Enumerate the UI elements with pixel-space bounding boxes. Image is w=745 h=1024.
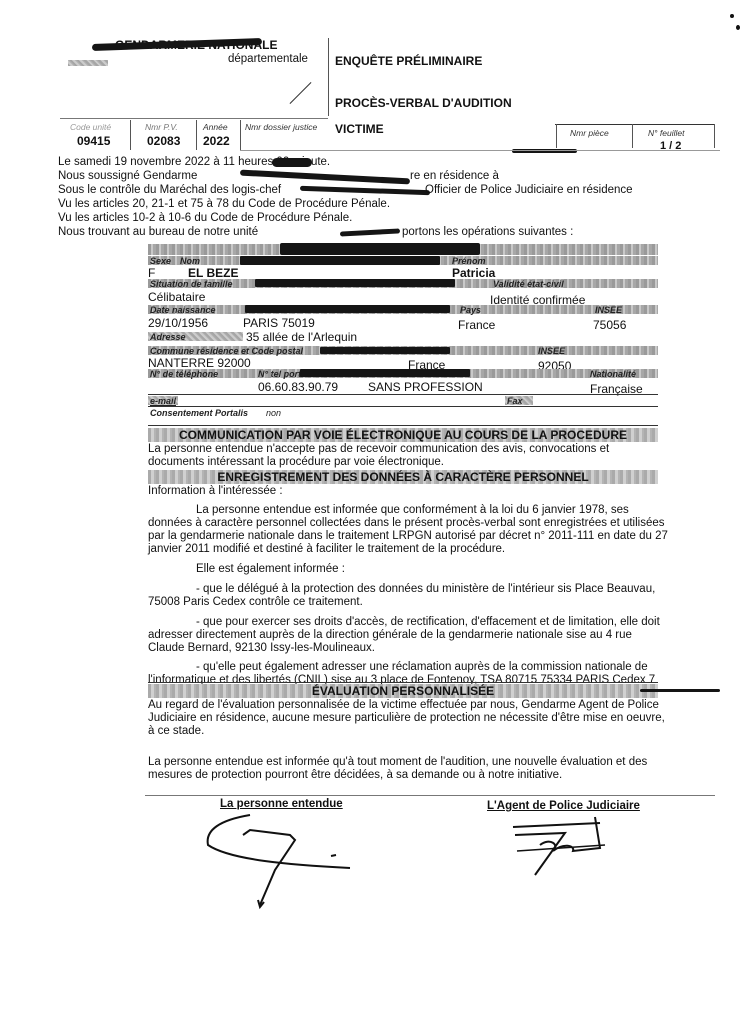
redaction: [245, 305, 450, 313]
communication-text: La personne entendue n'accepte pas de re…: [148, 443, 668, 469]
fax-label: Fax: [507, 396, 523, 406]
insee-value: 75056: [593, 318, 626, 332]
naissance-value: 29/10/1956: [148, 316, 208, 330]
role: VICTIME: [335, 122, 384, 136]
pv-number-label: Nmr P.V.: [145, 122, 178, 132]
redaction: [272, 158, 312, 167]
scan-speck: [736, 25, 740, 30]
pays-value: France: [458, 318, 495, 332]
header-bottom-border: [240, 150, 720, 151]
nationalite-label: Nationalité: [590, 369, 636, 379]
cell-divider: [556, 124, 557, 148]
header-divider: [328, 38, 329, 116]
redaction: [280, 243, 480, 255]
adresse-label: Adresse: [150, 332, 186, 342]
document-type: PROCÈS-VERBAL D'AUDITION: [335, 96, 512, 110]
row-divider: [148, 394, 658, 395]
commune-value: PARIS 75019: [243, 316, 315, 330]
info-label: Information à l'intéressée :: [148, 485, 668, 498]
piece-top-border: [555, 124, 715, 125]
evaluation-paragraph-1: Au regard de l'évaluation personnalisée …: [148, 699, 668, 738]
email-label: e-mail: [150, 396, 176, 406]
insee-label: INSEE: [595, 305, 622, 315]
adresse-value: 35 allée de l'Arlequin: [246, 330, 357, 344]
redaction: [300, 186, 430, 196]
data-protection-paragraph-1: La personne entendue est informée que co…: [148, 504, 668, 556]
unit-code: 09415: [77, 134, 110, 148]
redaction: [255, 279, 455, 287]
year-label: Année: [203, 122, 228, 132]
naissance-label: Date naissance: [150, 305, 216, 315]
situation-label: Situation de famille: [150, 279, 233, 289]
intro-gendarme-line: Nous soussigné Gendarme: [58, 170, 197, 183]
pays-label: Pays: [460, 305, 481, 315]
procedure-type: ENQUÊTE PRÉLIMINAIRE: [335, 54, 482, 68]
data-protection-paragraph-4: - que pour exercer ses droits d'accès, d…: [148, 616, 668, 655]
nom-label: Nom: [180, 256, 200, 266]
prenom-value: Patricia: [452, 266, 495, 280]
communication-section-title: COMMUNICATION PAR VOIE ÉLECTRONIQUE AU C…: [148, 428, 658, 442]
scan-noise: [68, 60, 108, 66]
mobile-value: 06.60.83.90.79: [258, 380, 338, 394]
scan-speck: [730, 14, 734, 18]
profession-value: SANS PROFESSION: [368, 380, 483, 394]
prenom-label: Prénom: [452, 256, 486, 266]
residence-insee-label: INSEE: [538, 346, 565, 356]
evaluation-section-title: ÉVALUATION PERSONNALISÉE: [148, 684, 658, 698]
pen-mark: [290, 82, 312, 104]
intro-office-line: Nous trouvant au bureau de notre unité: [58, 226, 258, 239]
redaction: [300, 369, 470, 377]
redaction: [340, 228, 400, 236]
unit-code-label: Code unité: [70, 122, 111, 132]
situation-value: Célibataire: [148, 290, 205, 304]
evaluation-paragraph-2: La personne entendue est informée qu'à t…: [148, 756, 668, 782]
sexe-label: Sexe: [150, 256, 171, 266]
residence-value: NANTERRE 92000: [148, 356, 251, 370]
unit-type: départementale: [228, 53, 308, 65]
portalis-value: non: [266, 408, 281, 418]
cell-divider: [130, 120, 131, 150]
section-divider: [148, 682, 658, 683]
intro-control-line: Sous le contrôle du Maréchal des logis-c…: [58, 184, 281, 197]
pv-number: 02083: [147, 134, 180, 148]
intro-articles-2-line: Vu les articles 10-2 à 10-6 du Code de P…: [58, 212, 352, 225]
justice-file-label: Nmr dossier justice: [245, 122, 317, 132]
residence-label: Commune résidence et Code postal: [150, 346, 303, 356]
signature-divider: [145, 795, 715, 796]
portalis-label: Consentement Portalis: [150, 408, 248, 418]
intro-operations: portons les opérations suivantes :: [402, 226, 573, 239]
intro-gendarme-residence: re en résidence à: [410, 170, 499, 183]
validite-label: Validité état-civil: [493, 279, 564, 289]
signature-agent: [505, 815, 615, 880]
telephone-label: N° de téléphone: [150, 369, 218, 379]
redaction: [240, 256, 440, 265]
sexe-value: F: [148, 266, 155, 280]
signature-label-agent: L'Agent de Police Judiciaire: [487, 800, 640, 812]
data-protection-paragraph-3: - que le délégué à la protection des don…: [148, 583, 668, 609]
signature-label-person: La personne entendue: [220, 798, 343, 810]
data-protection-section-title: ENREGISTREMENT DES DONNÉES À CARACTÈRE P…: [148, 470, 658, 484]
cell-divider: [196, 120, 197, 150]
cells-top-border: [60, 118, 328, 119]
signature-person: [200, 810, 360, 910]
cell-divider: [632, 124, 633, 148]
nom-value: EL BEZE: [188, 266, 238, 280]
redaction: [240, 170, 410, 185]
redaction: [320, 347, 450, 354]
year: 2022: [203, 134, 230, 148]
piece-label: Nmr pièce: [570, 128, 609, 138]
section-divider: [148, 425, 658, 426]
row-divider: [148, 406, 658, 407]
data-protection-paragraph-2: Elle est également informée :: [148, 563, 668, 576]
intro-articles-line: Vu les articles 20, 21-1 et 75 à 78 du C…: [58, 198, 390, 211]
cell-divider: [714, 124, 715, 148]
cell-divider: [240, 120, 241, 150]
sheet-label: N° feuillet: [648, 128, 684, 138]
pen-stroke: [640, 689, 720, 692]
intro-control-officer: Officier de Police Judiciaire en résiden…: [425, 184, 633, 197]
